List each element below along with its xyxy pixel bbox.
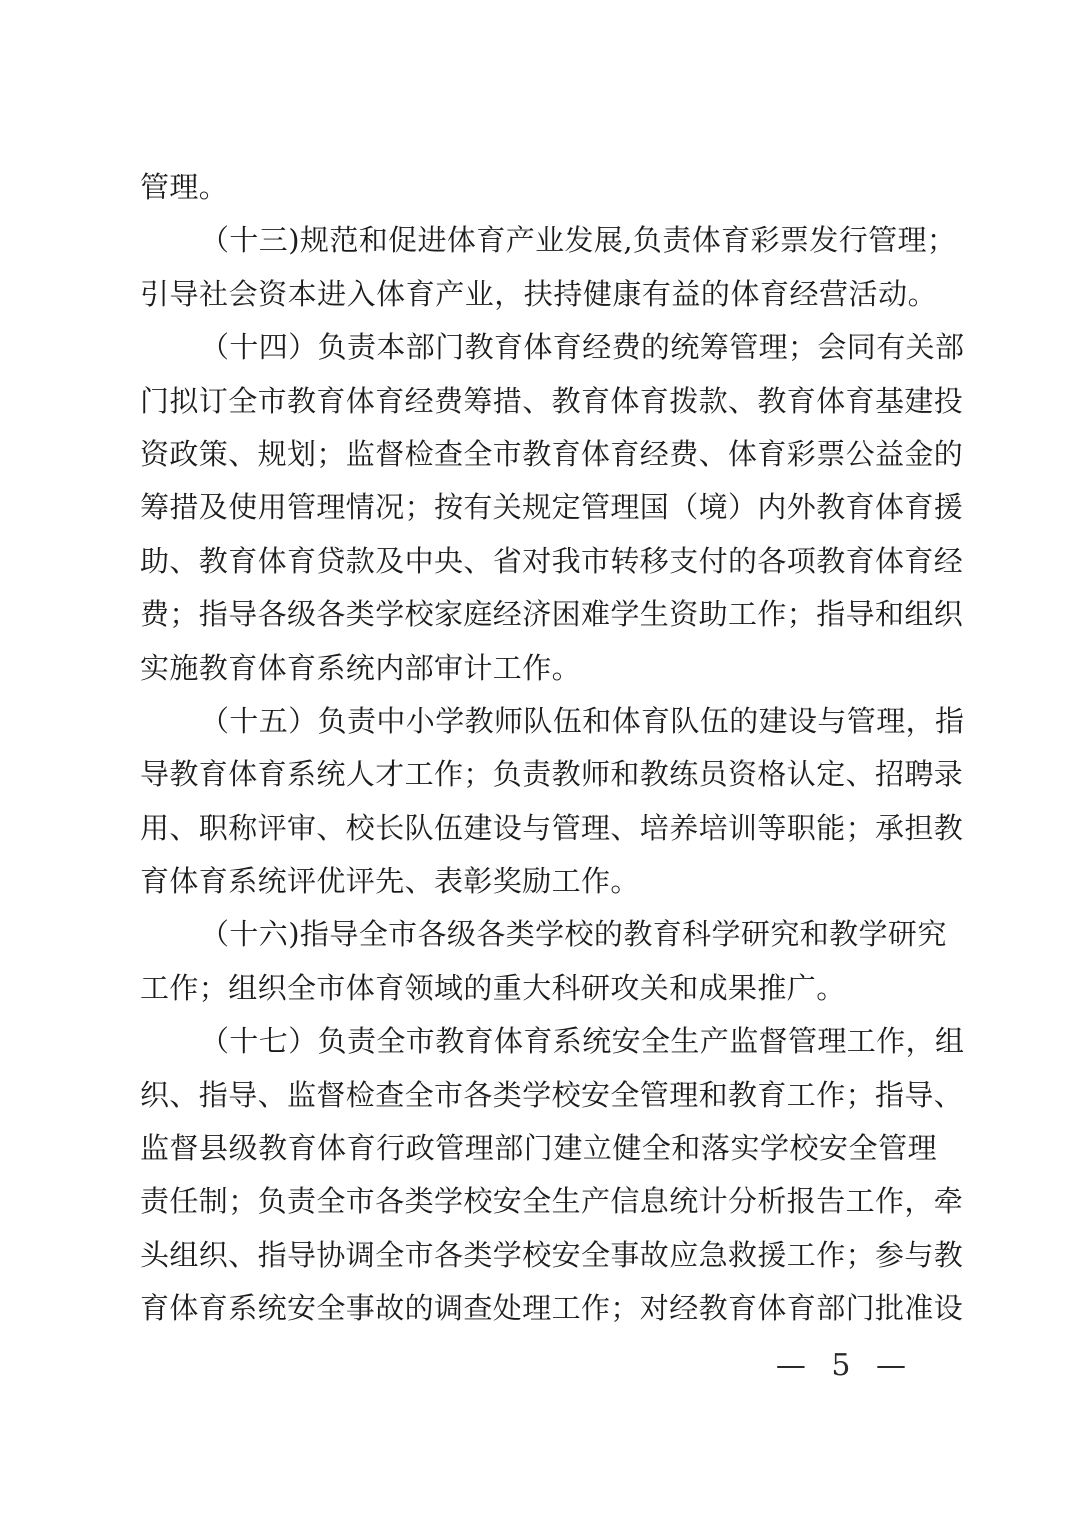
text-line: （十三)规范和促进体育产业发展,负责体育彩票发行管理； <box>140 214 937 267</box>
text-line: 育体育系统评优评先、表彰奖励工作。 <box>140 855 937 908</box>
text-line: 实施教育体育系统内部审计工作。 <box>140 642 937 695</box>
text-line: （十五）负责中小学教师队伍和体育队伍的建设与管理，指 <box>140 695 937 748</box>
text-line: （十六)指导全市各级各类学校的教育科学研究和教学研究 <box>140 908 937 961</box>
text-line: （十四）负责本部门教育体育经费的统筹管理；会同有关部 <box>140 321 937 374</box>
text-line: 导教育体育系统人才工作；负责教师和教练员资格认定、招聘录 <box>140 748 937 801</box>
text-line: 管理。 <box>140 161 937 214</box>
text-line: 资政策、规划；监督检查全市教育体育经费、体育彩票公益金的 <box>140 428 937 481</box>
text-line: 工作；组织全市体育领域的重大科研攻关和成果推广。 <box>140 962 937 1015</box>
text-line: 织、指导、监督检查全市各类学校安全管理和教育工作；指导、 <box>140 1069 937 1122</box>
page-number: — 5 — <box>776 1341 914 1391</box>
text-line: 筹措及使用管理情况；按有关规定管理国（境）内外教育体育援 <box>140 481 937 534</box>
text-line: （十七）负责全市教育体育系统安全生产监督管理工作，组 <box>140 1015 937 1068</box>
text-line: 用、职称评审、校长队伍建设与管理、培养培训等职能；承担教 <box>140 802 937 855</box>
document-body: 管理。 （十三)规范和促进体育产业发展,负责体育彩票发行管理； 引导社会资本进入… <box>140 161 937 1336</box>
text-line: 门拟订全市教育体育经费筹措、教育体育拨款、教育体育基建投 <box>140 375 937 428</box>
text-line: 监督县级教育体育行政管理部门建立健全和落实学校安全管理 <box>140 1122 937 1175</box>
text-line: 责任制；负责全市各类学校安全生产信息统计分析报告工作，牵 <box>140 1175 937 1228</box>
document-page: 管理。 （十三)规范和促进体育产业发展,负责体育彩票发行管理； 引导社会资本进入… <box>0 0 1074 1520</box>
text-line: 引导社会资本进入体育产业，扶持健康有益的体育经营活动。 <box>140 268 937 321</box>
text-line: 头组织、指导协调全市各类学校安全事故应急救援工作；参与教 <box>140 1229 937 1282</box>
text-line: 助、教育体育贷款及中央、省对我市转移支付的各项教育体育经 <box>140 535 937 588</box>
text-line: 育体育系统安全事故的调查处理工作；对经教育体育部门批准设 <box>140 1282 937 1335</box>
text-line: 费；指导各级各类学校家庭经济困难学生资助工作；指导和组织 <box>140 588 937 641</box>
